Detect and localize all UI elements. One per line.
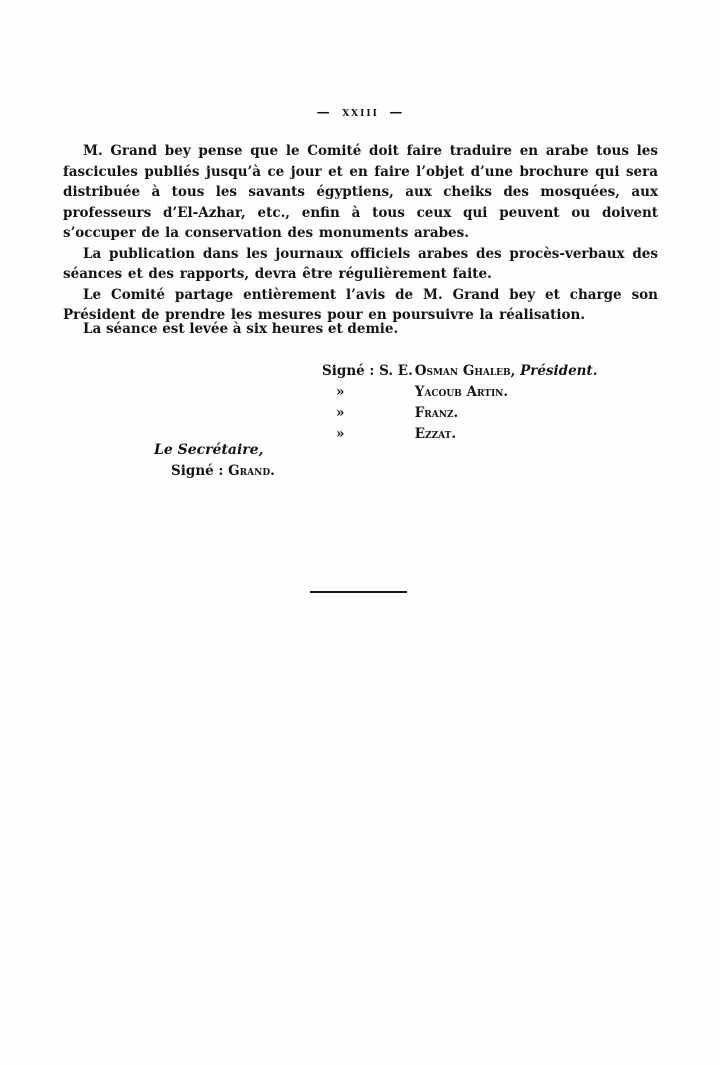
signature-row: » Yacoub Artin. bbox=[322, 382, 597, 403]
paragraph-translation-proposal: M. Grand bey pense que le Comité doit fa… bbox=[63, 141, 658, 244]
secretary-signature-prefix: Signé : bbox=[171, 463, 223, 479]
signature-row-president: Signé : S. E. Osman Ghaleb, Président. bbox=[322, 361, 597, 382]
secretary-name: Grand. bbox=[228, 463, 275, 479]
secretary-signature-line: Signé : Grand. bbox=[154, 461, 275, 482]
signatory-name: Franz. bbox=[415, 405, 459, 421]
separator-rule bbox=[310, 591, 407, 593]
body-text: M. Grand bey pense que le Comité doit fa… bbox=[63, 141, 658, 326]
president-name: Osman Ghaleb, bbox=[415, 363, 516, 379]
page-number: — xxiii — bbox=[63, 105, 658, 120]
signatory-name: Yacoub Artin. bbox=[415, 384, 508, 400]
signature-block: Signé : S. E. Osman Ghaleb, Président. »… bbox=[322, 361, 597, 445]
signatory-name: Ezzat. bbox=[415, 426, 456, 442]
signature-row: » Franz. bbox=[322, 403, 597, 424]
president-title: Président. bbox=[520, 363, 597, 379]
paragraph-seance-levee: La séance est levée à six heures et demi… bbox=[83, 319, 398, 340]
paragraph-publication: La publication dans les journaux officie… bbox=[63, 244, 658, 285]
signature-prefix: Signé : S. E. bbox=[322, 361, 410, 382]
secretary-block: Le Secrétaire, Signé : Grand. bbox=[154, 440, 275, 482]
ditto-mark: » bbox=[322, 424, 410, 445]
secretary-title: Le Secrétaire, bbox=[154, 440, 275, 461]
ditto-mark: » bbox=[322, 382, 410, 403]
signature-row: » Ezzat. bbox=[322, 424, 597, 445]
ditto-mark: » bbox=[322, 403, 410, 424]
document-page: — xxiii — M. Grand bey pense que le Comi… bbox=[0, 0, 720, 1065]
